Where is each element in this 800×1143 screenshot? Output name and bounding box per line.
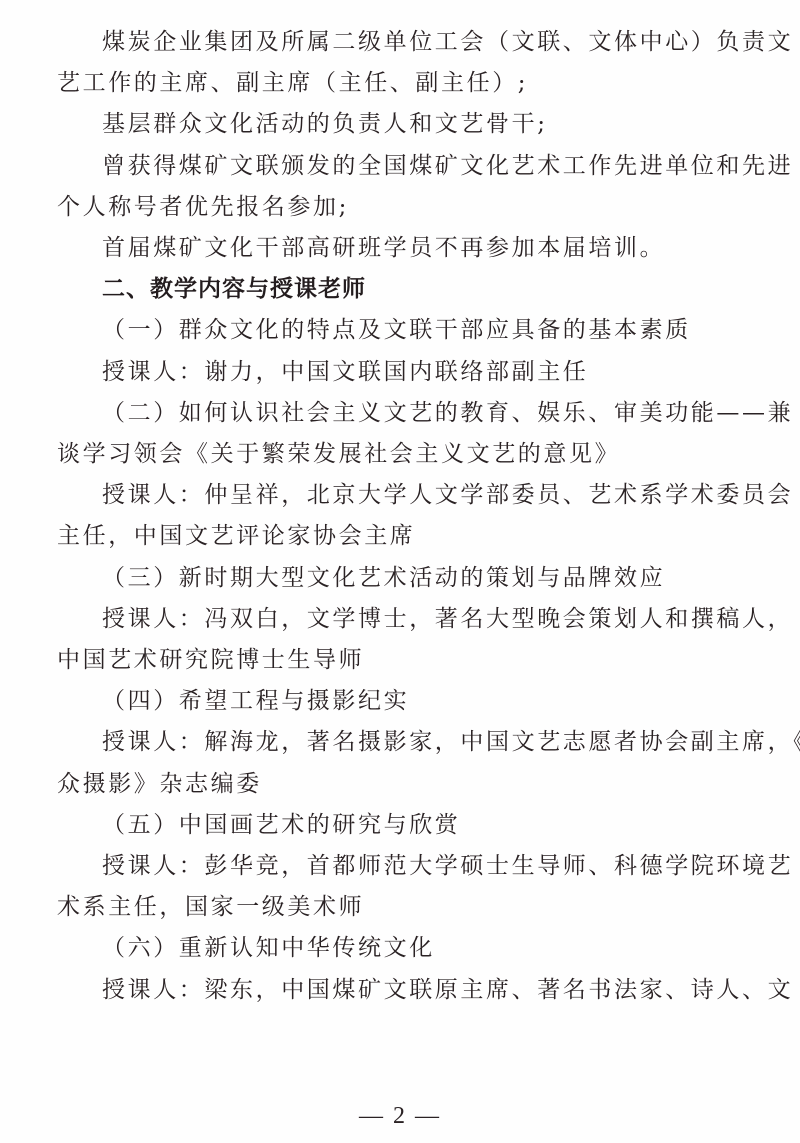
text-line: （四）希望工程与摄影纪实 <box>102 681 800 722</box>
text-line: 众摄影》杂志编委 <box>57 764 767 805</box>
text-line: 中国艺术研究院博士生导师 <box>57 640 767 681</box>
text-line: （二）如何认识社会主义文艺的教育、娱乐、审美功能——兼 <box>102 393 800 434</box>
text-line: 授课人：解海龙，著名摄影家，中国文艺志愿者协会副主席，《大 <box>102 722 800 763</box>
text-line: 首届煤矿文化干部高研班学员不再参加本届培训。 <box>102 228 800 269</box>
text-line: （五）中国画艺术的研究与欣赏 <box>102 805 800 846</box>
text-line: （六）重新认知中华传统文化 <box>102 928 800 969</box>
text-line: 个人称号者优先报名参加; <box>57 187 767 228</box>
text-line: （一）群众文化的特点及文联干部应具备的基本素质 <box>102 310 800 351</box>
text-line: 谈学习领会《关于繁荣发展社会主义文艺的意见》 <box>57 434 767 475</box>
text-line: 授课人：仲呈祥，北京大学人文学部委员、艺术系学术委员会 <box>102 475 800 516</box>
text-line: 授课人：谢力，中国文联国内联络部副主任 <box>102 352 800 393</box>
page-number: — 2 — <box>0 1103 800 1130</box>
text-line: 术系主任，国家一级美术师 <box>57 887 767 928</box>
text-line: 主任，中国文艺评论家协会主席 <box>57 516 767 557</box>
text-line: 授课人：彭华竞，首都师范大学硕士生导师、科德学院环境艺 <box>102 846 800 887</box>
text-line: 曾获得煤矿文联颁发的全国煤矿文化艺术工作先进单位和先进 <box>102 146 800 187</box>
text-line: 艺工作的主席、副主席（主任、副主任）; <box>57 63 767 104</box>
text-line: 基层群众文化活动的负责人和文艺骨干; <box>102 104 800 145</box>
text-line: 煤炭企业集团及所属二级单位工会（文联、文体中心）负责文 <box>102 22 800 63</box>
text-line: （三）新时期大型文化艺术活动的策划与品牌效应 <box>102 558 800 599</box>
text-line: 授课人：冯双白，文学博士，著名大型晚会策划人和撰稿人， <box>102 599 800 640</box>
document-page: 煤炭企业集团及所属二级单位工会（文联、文体中心）负责文艺工作的主席、副主席（主任… <box>0 0 800 1143</box>
section-heading: 二、教学内容与授课老师 <box>102 269 800 310</box>
text-line: 授课人：梁东，中国煤矿文联原主席、著名书法家、诗人、文 <box>102 970 800 1011</box>
